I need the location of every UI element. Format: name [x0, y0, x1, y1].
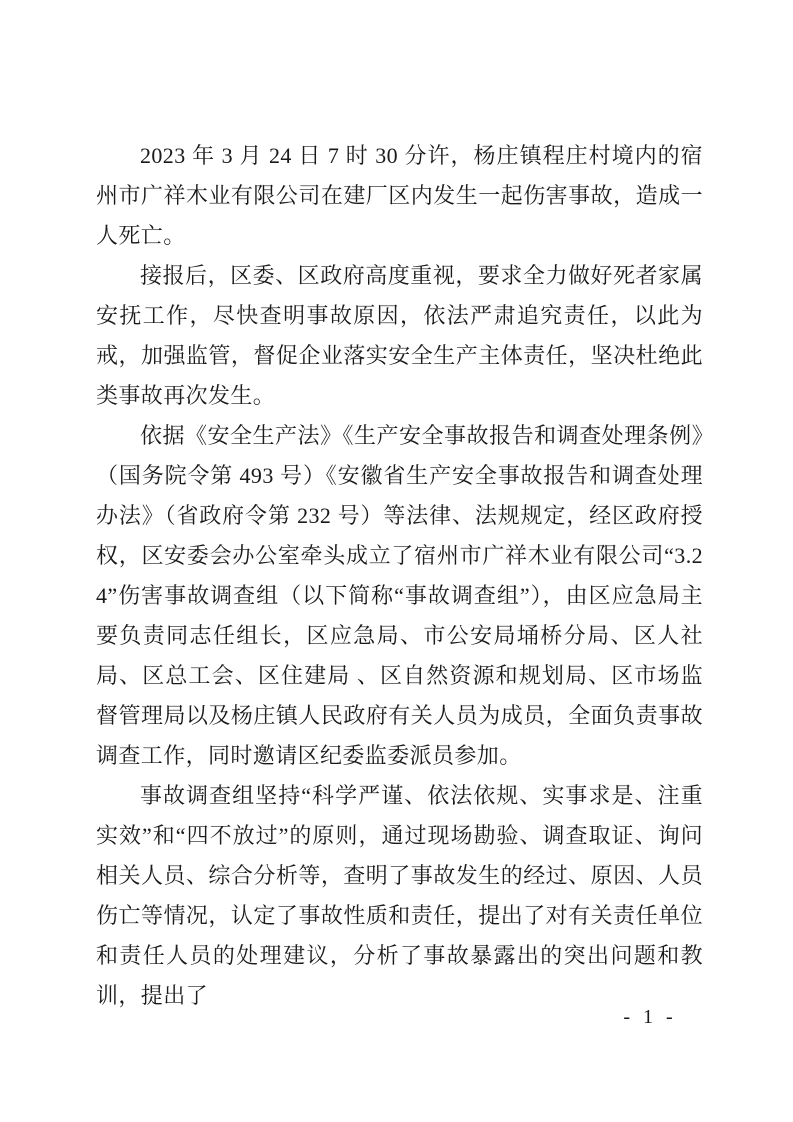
- document-page: 2023 年 3 月 24 日 7 时 30 分许，杨庄镇程庄村境内的宿州市广祥…: [0, 0, 793, 1122]
- paragraph-investigation-principles: 事故调查组坚持“科学严谨、依法依规、实事求是、注重实效”和“四不放过”的原则，通…: [96, 776, 703, 1016]
- document-body: 2023 年 3 月 24 日 7 时 30 分许，杨庄镇程庄村境内的宿州市广祥…: [96, 136, 703, 1016]
- page-number: - 1 -: [600, 1002, 700, 1032]
- paragraph-incident-summary: 2023 年 3 月 24 日 7 时 30 分许，杨庄镇程庄村境内的宿州市广祥…: [96, 136, 703, 256]
- paragraph-government-response: 接报后，区委、区政府高度重视，要求全力做好死者家属安抚工作，尽快查明事故原因，依…: [96, 256, 703, 416]
- paragraph-investigation-team-formation: 依据《安全生产法》《生产安全事故报告和调查处理条例》（国务院令第 493 号）《…: [96, 416, 703, 776]
